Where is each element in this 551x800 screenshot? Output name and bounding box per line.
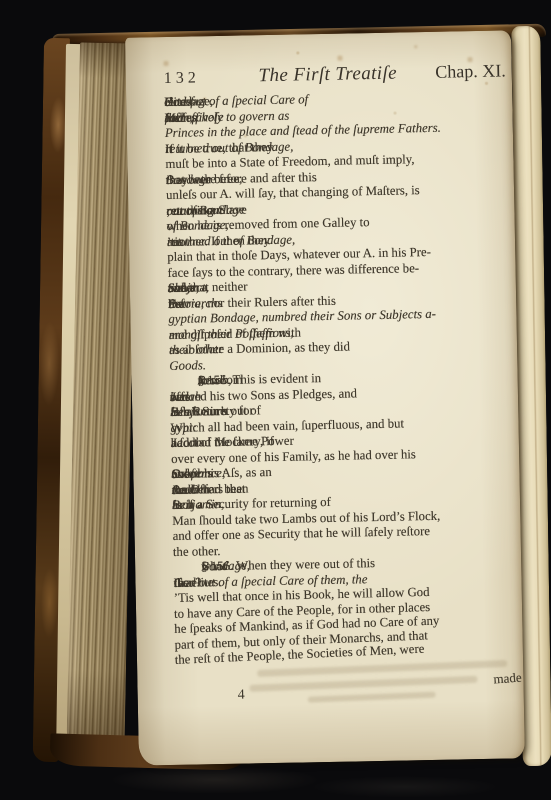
book-page: 132 The Firſt Treatiſe Chap. XI. elites …: [125, 30, 525, 765]
chapter-heading: Chap. XI.: [420, 60, 506, 83]
running-title: The Firſt Treatiſe: [236, 62, 420, 88]
signature-mark: 4: [238, 688, 245, 704]
showthrough-text: [249, 676, 477, 692]
foxing-spots: [125, 38, 126, 39]
background-blotch: [110, 766, 320, 794]
body-text: elites out of Bondage, God out of a ſpec…: [164, 88, 517, 668]
background-blotch: [310, 776, 500, 798]
page-header: 132 The Firſt Treatiſe Chap. XI.: [164, 60, 506, 89]
book-photo: 132 The Firſt Treatiſe Chap. XI. elites …: [0, 0, 551, 800]
page-number: 132: [164, 69, 236, 88]
catchword: made: [493, 670, 522, 688]
showthrough-text: [308, 692, 436, 703]
